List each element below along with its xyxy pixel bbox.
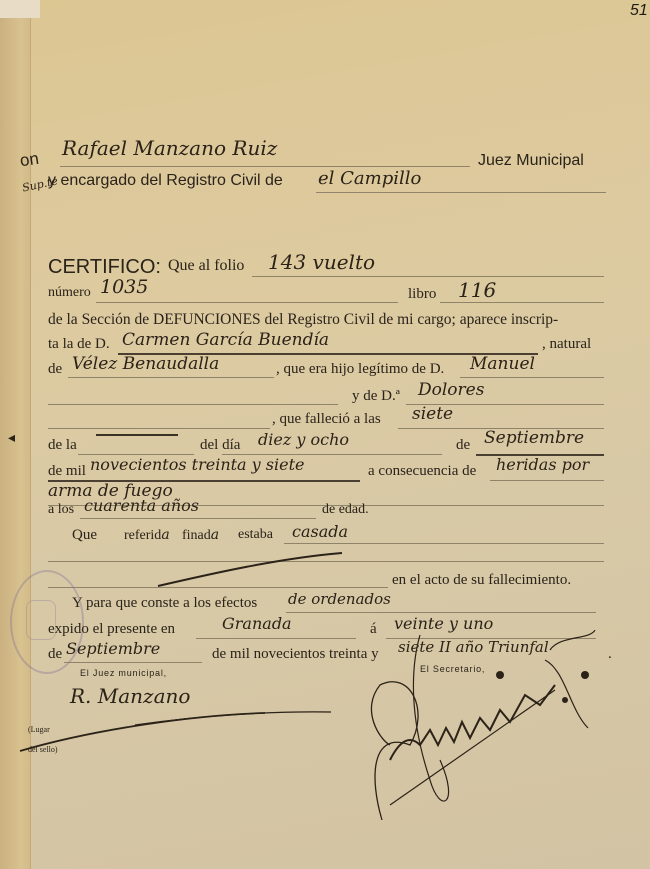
margin-mark: ◂ bbox=[8, 430, 15, 447]
referido-label: referida bbox=[124, 527, 170, 544]
rule-line bbox=[96, 302, 398, 303]
para-label: Y para que conste a los efectos bbox=[72, 595, 257, 612]
rule-line bbox=[48, 587, 388, 588]
rule-line bbox=[48, 404, 338, 405]
edad-label: de edad. bbox=[322, 502, 369, 518]
dia-label: del día bbox=[200, 437, 240, 454]
rule-line bbox=[60, 166, 470, 167]
document-page: 51 on Rafael Manzano Ruiz Juez Municipal… bbox=[0, 0, 650, 869]
hijo-label: , que era hijo legítimo de D. bbox=[276, 361, 444, 378]
cancel-stroke bbox=[150, 550, 350, 590]
age-value: cuarenta años bbox=[84, 496, 199, 515]
inscrita-prefix: ta la de D. bbox=[48, 336, 110, 353]
fallecio-label: , que falleció a las bbox=[272, 411, 381, 428]
de-label: de bbox=[48, 361, 62, 378]
birthplace: Vélez Benaudalla bbox=[72, 354, 219, 374]
mother-label: y de D.ª bbox=[352, 388, 400, 405]
rule-line bbox=[64, 662, 202, 663]
libro-label: libro bbox=[408, 286, 436, 303]
consecuencia-label: a consecuencia de bbox=[368, 463, 476, 480]
numero-label: número bbox=[48, 285, 91, 301]
rule-line bbox=[490, 480, 604, 481]
rule-line bbox=[68, 377, 274, 378]
registry-place: el Campillo bbox=[318, 168, 421, 189]
a-los-label: a los bbox=[48, 502, 74, 518]
rule-line bbox=[460, 377, 604, 378]
page-number: 51 bbox=[630, 2, 648, 20]
closing-de-label: de bbox=[48, 646, 62, 663]
rule-line bbox=[80, 518, 316, 519]
civil-status-value: casada bbox=[292, 522, 348, 541]
registry-label: y encargado del Registro Civil de bbox=[48, 172, 283, 190]
mother-name: Dolores bbox=[418, 380, 484, 400]
de-month-label: de bbox=[456, 437, 470, 454]
month-value: Septiembre bbox=[484, 428, 584, 448]
secretary-signature bbox=[350, 630, 600, 820]
seal-label-1: (Lugar bbox=[28, 725, 50, 734]
acto-label: en el acto de su fallecimiento. bbox=[392, 572, 571, 589]
don-prefix: on bbox=[19, 149, 41, 171]
de-la-dash bbox=[96, 434, 178, 436]
libro-value: 116 bbox=[458, 278, 496, 302]
day-value: diez y ocho bbox=[258, 430, 349, 449]
judge-signature-flourish bbox=[15, 705, 335, 755]
rule-line bbox=[48, 428, 270, 429]
city-value: Granada bbox=[222, 614, 292, 633]
cause-value-1: heridas por bbox=[496, 455, 589, 474]
rule-line bbox=[196, 638, 356, 639]
judge-label: El Juez municipal, bbox=[80, 668, 167, 678]
year-value: novecientos treinta y siete bbox=[90, 455, 305, 474]
que-label: Que bbox=[72, 527, 97, 544]
closing-month-value: Septiembre bbox=[66, 639, 160, 658]
finado-label: finada bbox=[182, 527, 219, 544]
hour-value: siete bbox=[412, 404, 453, 424]
numero-value: 1035 bbox=[100, 276, 148, 298]
rule-line bbox=[252, 276, 604, 277]
section-text: de la Sección de DEFUNCIONES del Registr… bbox=[48, 311, 558, 329]
rule-line bbox=[284, 543, 604, 544]
judge-title: Juez Municipal bbox=[478, 152, 584, 170]
natural-label: , natural bbox=[542, 336, 591, 353]
de-mil-label: de mil bbox=[48, 463, 86, 480]
judge-name: Rafael Manzano Ruiz bbox=[62, 136, 277, 160]
efectos-value: de ordenados bbox=[288, 590, 391, 608]
rule-line bbox=[316, 192, 606, 193]
de-la-label: de la bbox=[48, 437, 77, 454]
father-name: Manuel bbox=[470, 354, 535, 374]
folio-label: Que al folio bbox=[168, 257, 244, 275]
rule-line bbox=[440, 302, 604, 303]
folio-value: 143 vuelto bbox=[268, 250, 375, 274]
page-corner bbox=[0, 0, 40, 18]
deceased-name: Carmen García Buendía bbox=[122, 330, 329, 350]
estaba-label: estaba bbox=[238, 527, 273, 543]
seal-label-2: del sello) bbox=[28, 745, 58, 754]
closing-period: . bbox=[608, 646, 612, 663]
rule-line bbox=[286, 612, 596, 613]
expido-label: expido el presente en bbox=[48, 621, 175, 638]
